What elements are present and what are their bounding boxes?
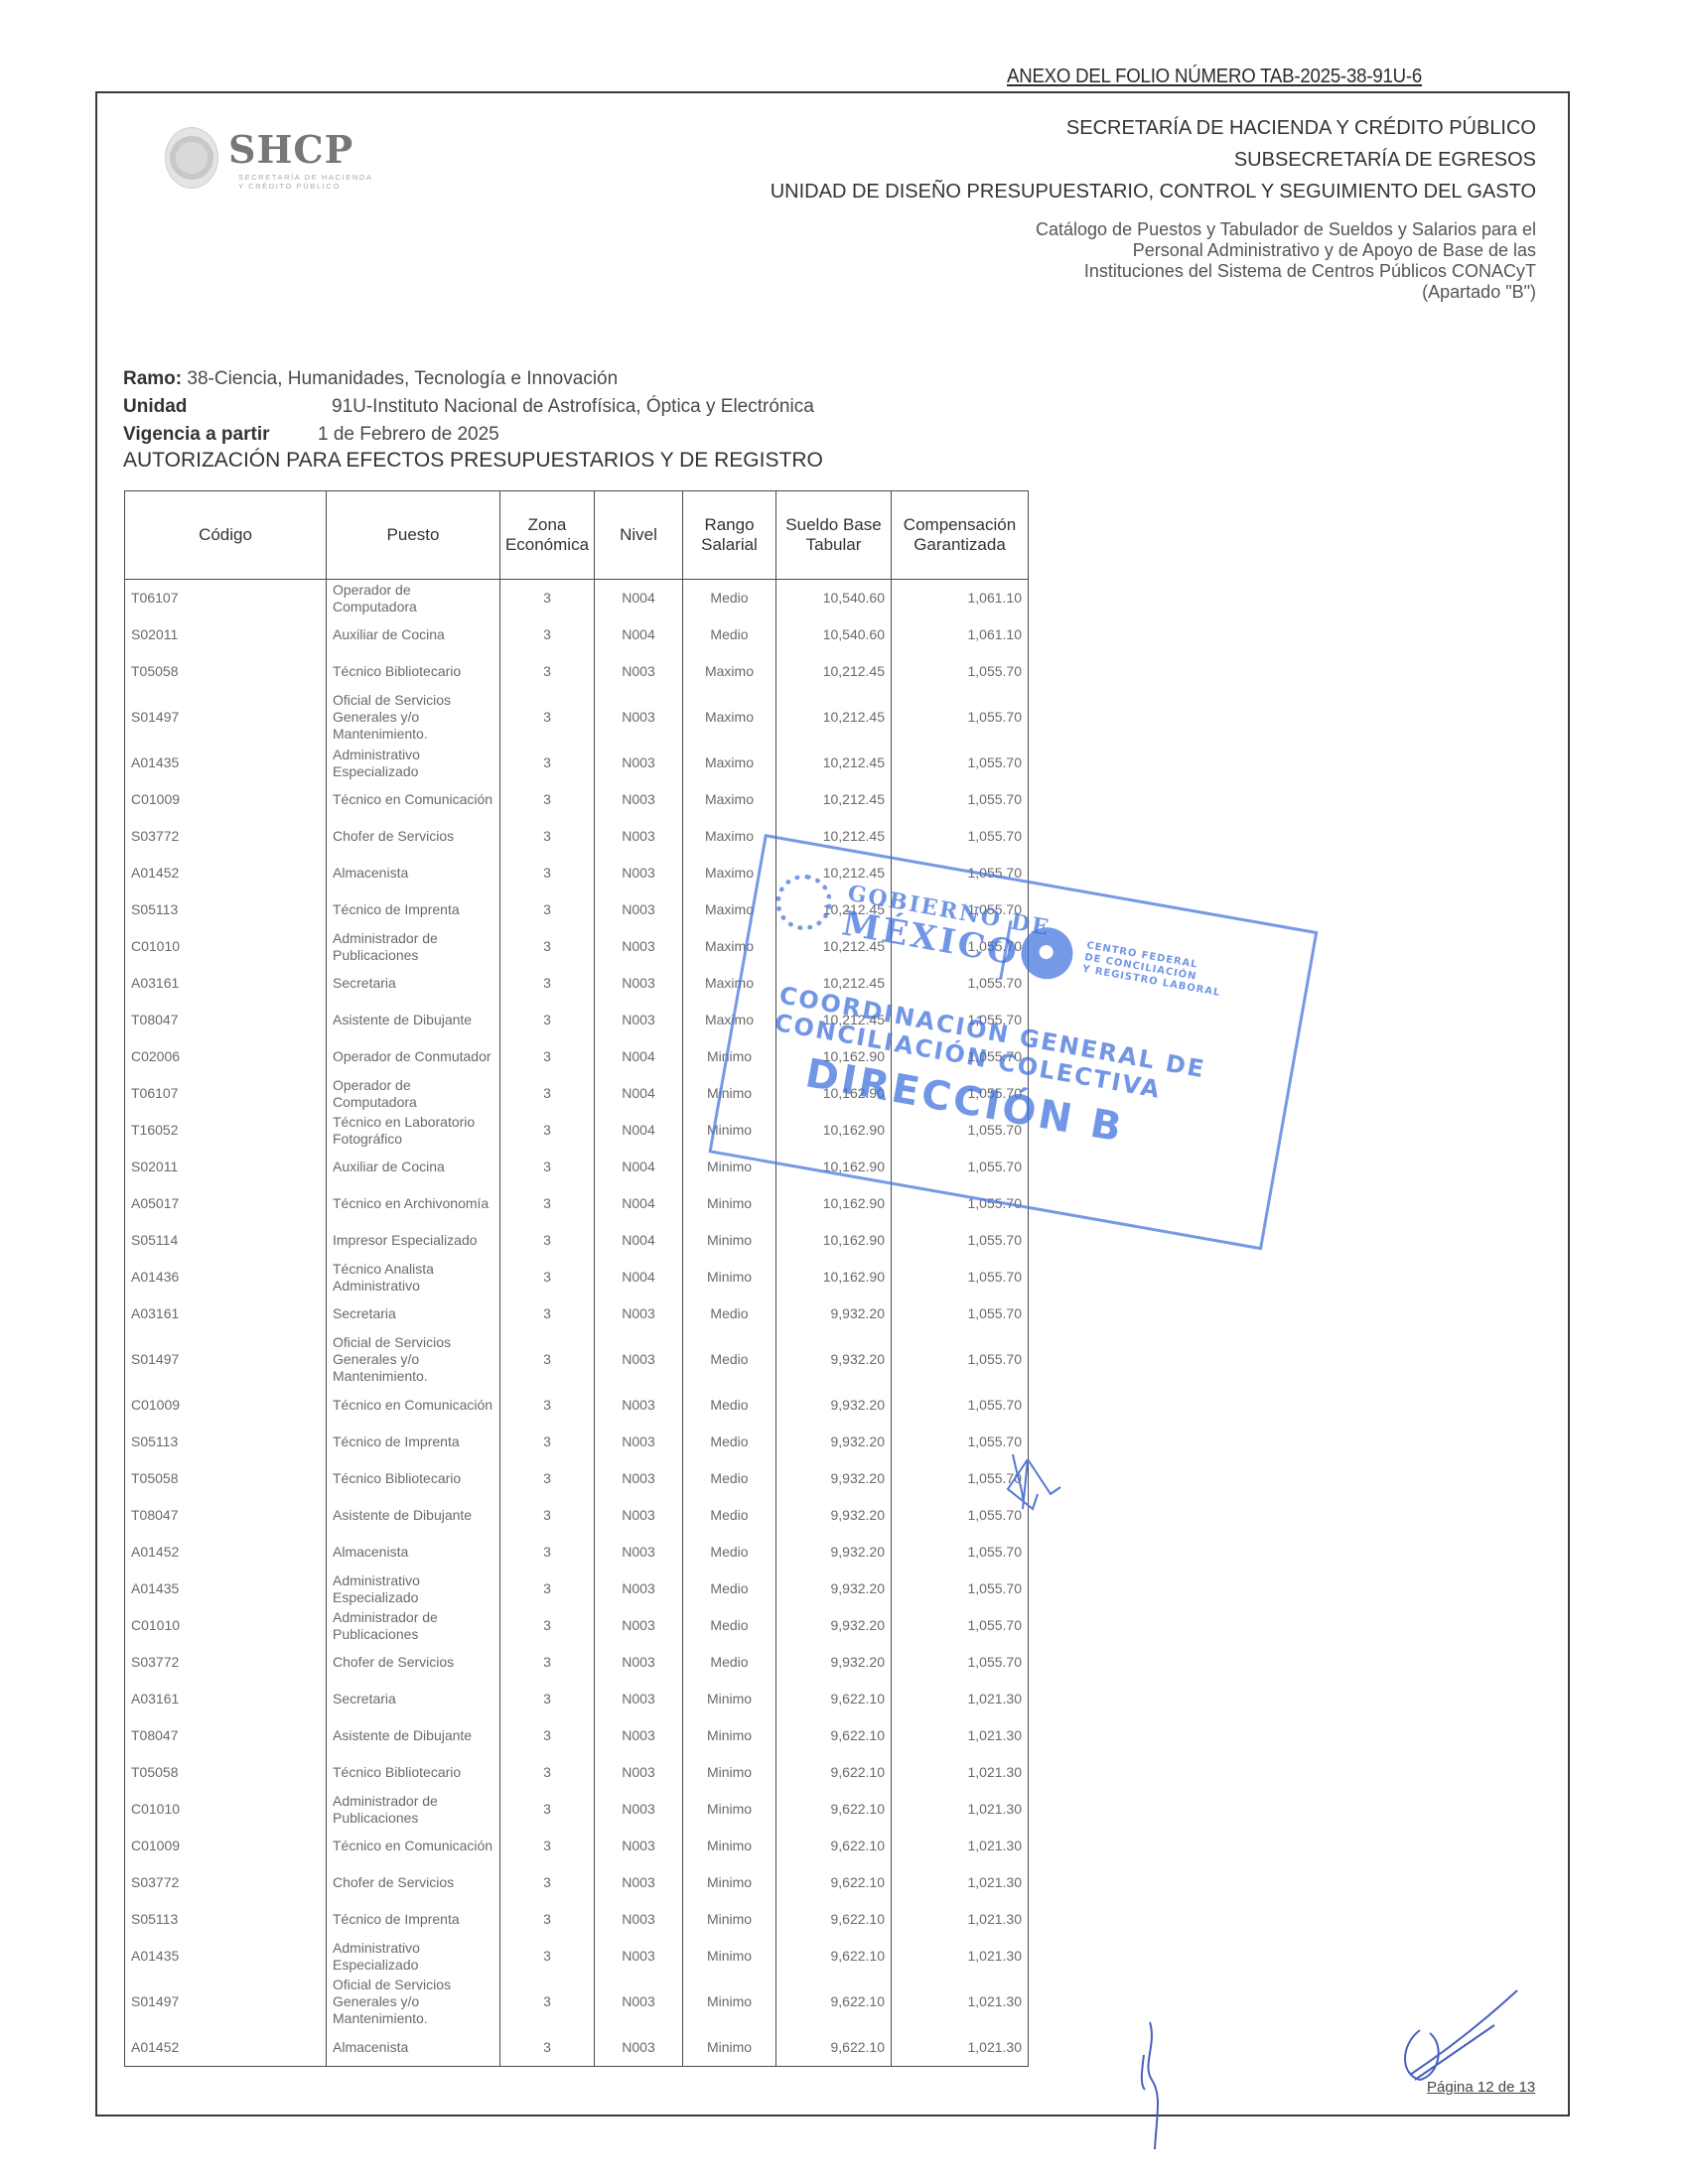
cell-compensacion: 1,021.30 [892, 1828, 1029, 1864]
cell-compensacion: 1,055.70 [892, 1644, 1029, 1681]
cell-sueldo: 9,622.10 [776, 1938, 892, 1975]
cell-nivel: N003 [595, 818, 683, 855]
cell-nivel: N003 [595, 928, 683, 965]
cell-zona: 3 [500, 818, 595, 855]
cell-nivel: N004 [595, 1038, 683, 1075]
table-row: A01452Almacenista3N003Minimo9,622.101,02… [125, 2029, 1029, 2067]
cell-puesto: Auxiliar de Cocina [327, 616, 500, 653]
cell-rango: Medio [683, 1497, 776, 1534]
shcp-logo: SHCP SECRETARÍA DE HACIENDA Y CRÉDITO PÚ… [165, 127, 403, 197]
cell-compensacion: 1,055.70 [892, 1497, 1029, 1534]
table-row: S01497Oficial de Servicios Generales y/o… [125, 1332, 1029, 1387]
cell-codigo: T08047 [125, 1717, 327, 1754]
cell-nivel: N003 [595, 781, 683, 818]
cell-codigo: S02011 [125, 616, 327, 653]
cell-puesto: Asistente de Dibujante [327, 1497, 500, 1534]
col-puesto: Puesto [327, 491, 500, 580]
cell-rango: Medio [683, 1534, 776, 1570]
cell-zona: 3 [500, 965, 595, 1002]
cell-nivel: N003 [595, 1717, 683, 1754]
cell-puesto: Almacenista [327, 855, 500, 891]
cell-nivel: N003 [595, 1607, 683, 1644]
cell-zona: 3 [500, 1534, 595, 1570]
cell-puesto: Técnico en Laboratorio Fotográfico [327, 1112, 500, 1149]
cell-sueldo: 9,932.20 [776, 1296, 892, 1332]
cell-puesto: Chofer de Servicios [327, 1864, 500, 1901]
cell-puesto: Asistente de Dibujante [327, 1717, 500, 1754]
cell-rango: Minimo [683, 2029, 776, 2067]
table-row: T08047Asistente de Dibujante3N003Minimo9… [125, 1717, 1029, 1754]
cell-zona: 3 [500, 1717, 595, 1754]
cell-codigo: T08047 [125, 1002, 327, 1038]
ramo-label: Ramo: [123, 368, 182, 389]
cell-codigo: C01009 [125, 1828, 327, 1864]
unidad-label: Unidad [123, 396, 187, 417]
cell-sueldo: 9,932.20 [776, 1424, 892, 1460]
cell-codigo: T06107 [125, 1075, 327, 1112]
cell-compensacion: 1,021.30 [892, 1681, 1029, 1717]
col-nivel: Nivel [595, 491, 683, 580]
cell-zona: 3 [500, 1864, 595, 1901]
table-row: T08047Asistente de Dibujante3N003Medio9,… [125, 1497, 1029, 1534]
cell-sueldo: 10,212.45 [776, 690, 892, 745]
cell-sueldo: 9,622.10 [776, 1828, 892, 1864]
cell-zona: 3 [500, 781, 595, 818]
cell-compensacion: 1,021.30 [892, 1754, 1029, 1791]
coat-of-arms-icon [165, 127, 218, 189]
table-row: T05058Técnico Bibliotecario3N003Maximo10… [125, 653, 1029, 690]
cell-nivel: N004 [595, 1112, 683, 1149]
cell-compensacion: 1,021.30 [892, 1791, 1029, 1828]
cell-compensacion: 1,055.70 [892, 690, 1029, 745]
cell-compensacion: 1,055.70 [892, 745, 1029, 781]
cell-puesto: Técnico de Imprenta [327, 1424, 500, 1460]
cell-sueldo: 9,932.20 [776, 1332, 892, 1387]
table-row: S05113Técnico de Imprenta3N003Medio9,932… [125, 1424, 1029, 1460]
cell-puesto: Almacenista [327, 2029, 500, 2067]
cell-zona: 3 [500, 1791, 595, 1828]
cell-compensacion: 1,055.70 [892, 1570, 1029, 1607]
cell-zona: 3 [500, 1681, 595, 1717]
cell-sueldo: 9,622.10 [776, 1864, 892, 1901]
col-sueldo-base: Sueldo Base Tabular [776, 491, 892, 580]
cell-nivel: N003 [595, 1975, 683, 2029]
cell-nivel: N003 [595, 1460, 683, 1497]
cell-sueldo: 10,162.90 [776, 1222, 892, 1259]
cell-zona: 3 [500, 1185, 595, 1222]
cell-nivel: N003 [595, 1828, 683, 1864]
cell-zona: 3 [500, 1460, 595, 1497]
cell-nivel: N003 [595, 1754, 683, 1791]
cell-sueldo: 10,162.90 [776, 1259, 892, 1296]
cell-sueldo: 10,540.60 [776, 616, 892, 653]
cell-sueldo: 9,932.20 [776, 1387, 892, 1424]
table-row: S05114Impresor Especializado3N004Minimo1… [125, 1222, 1029, 1259]
table-row: S01497Oficial de Servicios Generales y/o… [125, 690, 1029, 745]
cell-puesto: Operador de Computadora [327, 580, 500, 617]
cell-codigo: S03772 [125, 818, 327, 855]
meta-vigencia: Vigencia a partir 1 de Febrero de 2025 [123, 424, 270, 446]
cell-puesto: Operador de Computadora [327, 1075, 500, 1112]
cell-codigo: C01010 [125, 928, 327, 965]
cell-sueldo: 9,622.10 [776, 1901, 892, 1938]
vigencia-label: Vigencia a partir [123, 424, 270, 445]
cell-zona: 3 [500, 616, 595, 653]
autorizacion-title: AUTORIZACIÓN PARA EFECTOS PRESUPUESTARIO… [123, 449, 823, 473]
cell-compensacion: 1,055.70 [892, 818, 1029, 855]
table-row: S01497Oficial de Servicios Generales y/o… [125, 1975, 1029, 2029]
vigencia-value: 1 de Febrero de 2025 [318, 424, 499, 446]
cell-puesto: Administrador de Publicaciones [327, 1607, 500, 1644]
col-zona-economica: Zona Económica [500, 491, 595, 580]
stamp-seal-icon [772, 870, 836, 934]
cell-nivel: N004 [595, 580, 683, 617]
cell-codigo: T08047 [125, 1497, 327, 1534]
cell-nivel: N003 [595, 1534, 683, 1570]
salary-table: Código Puesto Zona Económica Nivel Rango… [124, 490, 1029, 2067]
cell-zona: 3 [500, 1222, 595, 1259]
table-row: A01435Administrativo Especializado3N003M… [125, 1938, 1029, 1975]
col-codigo: Código [125, 491, 327, 580]
cell-zona: 3 [500, 1607, 595, 1644]
cell-nivel: N003 [595, 2029, 683, 2067]
cell-puesto: Administrativo Especializado [327, 745, 500, 781]
cell-compensacion: 1,055.70 [892, 1296, 1029, 1332]
cell-puesto: Impresor Especializado [327, 1222, 500, 1259]
cell-codigo: T05058 [125, 653, 327, 690]
cell-zona: 3 [500, 1828, 595, 1864]
table-row: S03772Chofer de Servicios3N003Minimo9,62… [125, 1864, 1029, 1901]
cell-zona: 3 [500, 1296, 595, 1332]
table-row: C01009Técnico en Comunicación3N003Minimo… [125, 1828, 1029, 1864]
cell-puesto: Técnico en Comunicación [327, 1828, 500, 1864]
cell-rango: Minimo [683, 1259, 776, 1296]
cell-zona: 3 [500, 1259, 595, 1296]
table-row: A05017Técnico en Archivonomía3N004Minimo… [125, 1185, 1029, 1222]
table-row: A03161Secretaria3N003Minimo9,622.101,021… [125, 1681, 1029, 1717]
table-row: S03772Chofer de Servicios3N003Maximo10,2… [125, 818, 1029, 855]
ramo-value: 38-Ciencia, Humanidades, Tecnología e In… [187, 368, 618, 389]
cell-nivel: N003 [595, 1864, 683, 1901]
cell-zona: 3 [500, 1149, 595, 1185]
cell-puesto: Secretaria [327, 965, 500, 1002]
cell-nivel: N003 [595, 965, 683, 1002]
cell-rango: Minimo [683, 1938, 776, 1975]
cell-sueldo: 9,932.20 [776, 1497, 892, 1534]
cell-compensacion: 1,055.70 [892, 653, 1029, 690]
table-row: A01435Administrativo Especializado3N003M… [125, 745, 1029, 781]
cell-sueldo: 10,540.60 [776, 580, 892, 617]
header-subsecretaria: SUBSECRETARÍA DE EGRESOS [1234, 149, 1536, 172]
cell-rango: Minimo [683, 1754, 776, 1791]
cell-sueldo: 9,932.20 [776, 1570, 892, 1607]
folio-number: ANEXO DEL FOLIO NÚMERO TAB-2025-38-91U-6 [1007, 66, 1422, 88]
cell-rango: Minimo [683, 1975, 776, 2029]
cell-codigo: S01497 [125, 1332, 327, 1387]
cell-sueldo: 9,932.20 [776, 1534, 892, 1570]
cell-rango: Minimo [683, 1717, 776, 1754]
cell-zona: 3 [500, 653, 595, 690]
cell-codigo: S05113 [125, 1424, 327, 1460]
cell-compensacion: 1,055.70 [892, 1424, 1029, 1460]
cell-codigo: C02006 [125, 1038, 327, 1075]
cell-zona: 3 [500, 1901, 595, 1938]
cell-codigo: A01435 [125, 1938, 327, 1975]
cell-sueldo: 9,622.10 [776, 2029, 892, 2067]
cell-zona: 3 [500, 855, 595, 891]
cell-codigo: C01010 [125, 1607, 327, 1644]
cell-compensacion: 1,021.30 [892, 1975, 1029, 2029]
cell-rango: Maximo [683, 745, 776, 781]
cell-codigo: S05113 [125, 1901, 327, 1938]
table-row: C01010Administrador de Publicaciones3N00… [125, 1791, 1029, 1828]
cell-codigo: T16052 [125, 1112, 327, 1149]
cell-sueldo: 9,932.20 [776, 1607, 892, 1644]
table-row: C01009Técnico en Comunicación3N003Maximo… [125, 781, 1029, 818]
cell-codigo: A01435 [125, 1570, 327, 1607]
cell-puesto: Administrativo Especializado [327, 1938, 500, 1975]
cell-sueldo: 9,622.10 [776, 1681, 892, 1717]
cell-zona: 3 [500, 690, 595, 745]
table-row: A01435Administrativo Especializado3N003M… [125, 1570, 1029, 1607]
cell-sueldo: 9,932.20 [776, 1644, 892, 1681]
cell-codigo: S02011 [125, 1149, 327, 1185]
cell-zona: 3 [500, 1075, 595, 1112]
cell-codigo: C01009 [125, 1387, 327, 1424]
cell-nivel: N004 [595, 616, 683, 653]
cell-sueldo: 10,212.45 [776, 745, 892, 781]
cell-nivel: N004 [595, 1185, 683, 1222]
cell-compensacion: 1,055.70 [892, 1607, 1029, 1644]
cell-rango: Minimo [683, 1828, 776, 1864]
cell-nivel: N003 [595, 1901, 683, 1938]
cell-puesto: Técnico Bibliotecario [327, 1754, 500, 1791]
cell-sueldo: 10,212.45 [776, 653, 892, 690]
cell-puesto: Técnico Bibliotecario [327, 1460, 500, 1497]
cell-compensacion: 1,055.70 [892, 781, 1029, 818]
cell-puesto: Técnico de Imprenta [327, 1901, 500, 1938]
cell-compensacion: 1,021.30 [892, 1901, 1029, 1938]
cell-rango: Minimo [683, 1681, 776, 1717]
cell-puesto: Chofer de Servicios [327, 818, 500, 855]
cell-puesto: Secretaria [327, 1681, 500, 1717]
cell-nivel: N003 [595, 745, 683, 781]
cell-compensacion: 1,055.70 [892, 1534, 1029, 1570]
cell-compensacion: 1,021.30 [892, 1717, 1029, 1754]
header-unidad: UNIDAD DE DISEÑO PRESUPUESTARIO, CONTROL… [771, 181, 1536, 204]
cell-puesto: Administrador de Publicaciones [327, 1791, 500, 1828]
cell-compensacion: 1,061.10 [892, 580, 1029, 617]
cell-compensacion: 1,055.70 [892, 1332, 1029, 1387]
table-row: S05113Técnico de Imprenta3N003Minimo9,62… [125, 1901, 1029, 1938]
col-compensacion: Compensación Garantizada [892, 491, 1029, 580]
cell-zona: 3 [500, 1570, 595, 1607]
cell-zona: 3 [500, 1424, 595, 1460]
cell-compensacion: 1,055.70 [892, 1460, 1029, 1497]
cell-nivel: N004 [595, 1075, 683, 1112]
cell-nivel: N003 [595, 690, 683, 745]
cell-codigo: A03161 [125, 1681, 327, 1717]
cell-nivel: N003 [595, 1644, 683, 1681]
logo-subtitle-line1: SECRETARÍA DE HACIENDA [238, 173, 373, 182]
cell-zona: 3 [500, 1002, 595, 1038]
col-rango-salarial: Rango Salarial [683, 491, 776, 580]
cell-puesto: Técnico en Comunicación [327, 781, 500, 818]
meta-unidad: Unidad 91U-Instituto Nacional de Astrofí… [123, 396, 187, 418]
cell-codigo: A01452 [125, 855, 327, 891]
cell-zona: 3 [500, 1038, 595, 1075]
cell-puesto: Auxiliar de Cocina [327, 1149, 500, 1185]
cell-codigo: T06107 [125, 580, 327, 617]
table-row: C01010Administrador de Publicaciones3N00… [125, 1607, 1029, 1644]
cell-zona: 3 [500, 745, 595, 781]
cell-nivel: N003 [595, 1938, 683, 1975]
cell-codigo: A03161 [125, 1296, 327, 1332]
table-header-row: Código Puesto Zona Económica Nivel Rango… [125, 491, 1029, 580]
cell-zona: 3 [500, 1387, 595, 1424]
cell-codigo: S01497 [125, 690, 327, 745]
cell-puesto: Técnico de Imprenta [327, 891, 500, 928]
cell-codigo: S05113 [125, 891, 327, 928]
catalog-line-2: Personal Administrativo y de Apoyo de Ba… [841, 240, 1536, 261]
cell-rango: Maximo [683, 690, 776, 745]
table-row: A01452Almacenista3N003Medio9,932.201,055… [125, 1534, 1029, 1570]
cell-codigo: T05058 [125, 1460, 327, 1497]
catalog-title: Catálogo de Puestos y Tabulador de Sueld… [841, 219, 1536, 303]
cell-puesto: Oficial de Servicios Generales y/o Mante… [327, 690, 500, 745]
cell-puesto: Administrativo Especializado [327, 1570, 500, 1607]
cell-puesto: Técnico en Archivonomía [327, 1185, 500, 1222]
unidad-value: 91U-Instituto Nacional de Astrofísica, Ó… [332, 396, 814, 418]
cell-compensacion: 1,061.10 [892, 616, 1029, 653]
stamp-centro: CENTRO FEDERAL DE CONCILIACIÓN Y REGISTR… [1081, 940, 1225, 1000]
cell-nivel: N003 [595, 653, 683, 690]
cell-compensacion: 1,021.30 [892, 1864, 1029, 1901]
logo-name: SHCP [228, 127, 353, 172]
cell-rango: Maximo [683, 781, 776, 818]
cell-puesto: Oficial de Servicios Generales y/o Mante… [327, 1975, 500, 2029]
cell-codigo: S05114 [125, 1222, 327, 1259]
cell-codigo: S03772 [125, 1644, 327, 1681]
cell-puesto: Almacenista [327, 1534, 500, 1570]
cell-zona: 3 [500, 891, 595, 928]
cell-puesto: Técnico Analista Administrativo [327, 1259, 500, 1296]
cell-codigo: S01497 [125, 1975, 327, 2029]
cell-zona: 3 [500, 580, 595, 617]
cell-codigo: T05058 [125, 1754, 327, 1791]
cell-nivel: N003 [595, 891, 683, 928]
cell-zona: 3 [500, 1112, 595, 1149]
cell-rango: Medio [683, 1570, 776, 1607]
cell-rango: Medio [683, 1296, 776, 1332]
cell-zona: 3 [500, 1975, 595, 2029]
table-body: T06107Operador de Computadora3N004Medio1… [125, 580, 1029, 2067]
cell-codigo: A01436 [125, 1259, 327, 1296]
cell-zona: 3 [500, 1332, 595, 1387]
cell-compensacion: 1,021.30 [892, 1938, 1029, 1975]
cell-puesto: Técnico Bibliotecario [327, 653, 500, 690]
cell-zona: 3 [500, 1644, 595, 1681]
cell-rango: Medio [683, 1332, 776, 1387]
catalog-line-1: Catálogo de Puestos y Tabulador de Sueld… [841, 219, 1536, 240]
cell-nivel: N004 [595, 1259, 683, 1296]
catalog-line-4: (Apartado "B") [841, 282, 1536, 303]
cell-nivel: N003 [595, 1497, 683, 1534]
cell-rango: Maximo [683, 653, 776, 690]
cell-nivel: N003 [595, 1570, 683, 1607]
cell-nivel: N004 [595, 1222, 683, 1259]
cell-puesto: Oficial de Servicios Generales y/o Mante… [327, 1332, 500, 1387]
cell-zona: 3 [500, 928, 595, 965]
cell-nivel: N004 [595, 1149, 683, 1185]
table-row: C01009Técnico en Comunicación3N003Medio9… [125, 1387, 1029, 1424]
cell-rango: Medio [683, 1424, 776, 1460]
logo-subtitle-line2: Y CRÉDITO PÚBLICO [238, 182, 341, 191]
cell-puesto: Chofer de Servicios [327, 1644, 500, 1681]
table-row: S02011Auxiliar de Cocina3N004Medio10,540… [125, 616, 1029, 653]
catalog-line-3: Instituciones del Sistema de Centros Púb… [841, 261, 1536, 282]
cell-nivel: N003 [595, 855, 683, 891]
cell-nivel: N003 [595, 1387, 683, 1424]
cell-sueldo: 9,622.10 [776, 1975, 892, 2029]
cell-nivel: N003 [595, 1424, 683, 1460]
cell-nivel: N003 [595, 1002, 683, 1038]
cell-puesto: Administrador de Publicaciones [327, 928, 500, 965]
cell-rango: Medio [683, 1644, 776, 1681]
cell-rango: Medio [683, 1387, 776, 1424]
table-row: S03772Chofer de Servicios3N003Medio9,932… [125, 1644, 1029, 1681]
cell-nivel: N003 [595, 1296, 683, 1332]
cell-sueldo: 10,212.45 [776, 781, 892, 818]
cell-codigo: C01010 [125, 1791, 327, 1828]
cell-puesto: Asistente de Dibujante [327, 1002, 500, 1038]
table-row: T05058Técnico Bibliotecario3N003Minimo9,… [125, 1754, 1029, 1791]
cell-codigo: A03161 [125, 965, 327, 1002]
cell-zona: 3 [500, 1754, 595, 1791]
cell-zona: 3 [500, 2029, 595, 2067]
cell-rango: Minimo [683, 1185, 776, 1222]
cell-rango: Medio [683, 580, 776, 617]
cell-nivel: N003 [595, 1681, 683, 1717]
cell-codigo: A01452 [125, 1534, 327, 1570]
cell-sueldo: 9,622.10 [776, 1754, 892, 1791]
cell-rango: Medio [683, 1607, 776, 1644]
cell-codigo: A01435 [125, 745, 327, 781]
cell-sueldo: 10,162.90 [776, 1185, 892, 1222]
cell-rango: Minimo [683, 1864, 776, 1901]
cell-rango: Minimo [683, 1791, 776, 1828]
cell-rango: Medio [683, 1460, 776, 1497]
header-secretaria: SECRETARÍA DE HACIENDA Y CRÉDITO PÚBLICO [1066, 117, 1536, 140]
cell-codigo: A05017 [125, 1185, 327, 1222]
cell-zona: 3 [500, 1938, 595, 1975]
page-number: Página 12 de 13 [1427, 2079, 1535, 2096]
table-row: T05058Técnico Bibliotecario3N003Medio9,9… [125, 1460, 1029, 1497]
cell-rango: Minimo [683, 1901, 776, 1938]
cell-sueldo: 9,622.10 [776, 1791, 892, 1828]
cell-codigo: A01452 [125, 2029, 327, 2067]
cell-sueldo: 9,622.10 [776, 1717, 892, 1754]
cell-compensacion: 1,055.70 [892, 1259, 1029, 1296]
meta-ramo: Ramo: 38-Ciencia, Humanidades, Tecnologí… [123, 368, 618, 390]
table-row: A03161Secretaria3N003Medio9,932.201,055.… [125, 1296, 1029, 1332]
table-row: A01436Técnico Analista Administrativo3N0… [125, 1259, 1029, 1296]
table-row: T06107Operador de Computadora3N004Medio1… [125, 580, 1029, 617]
cell-compensacion: 1,055.70 [892, 1222, 1029, 1259]
cell-sueldo: 9,932.20 [776, 1460, 892, 1497]
cell-rango: Medio [683, 616, 776, 653]
cell-puesto: Secretaria [327, 1296, 500, 1332]
